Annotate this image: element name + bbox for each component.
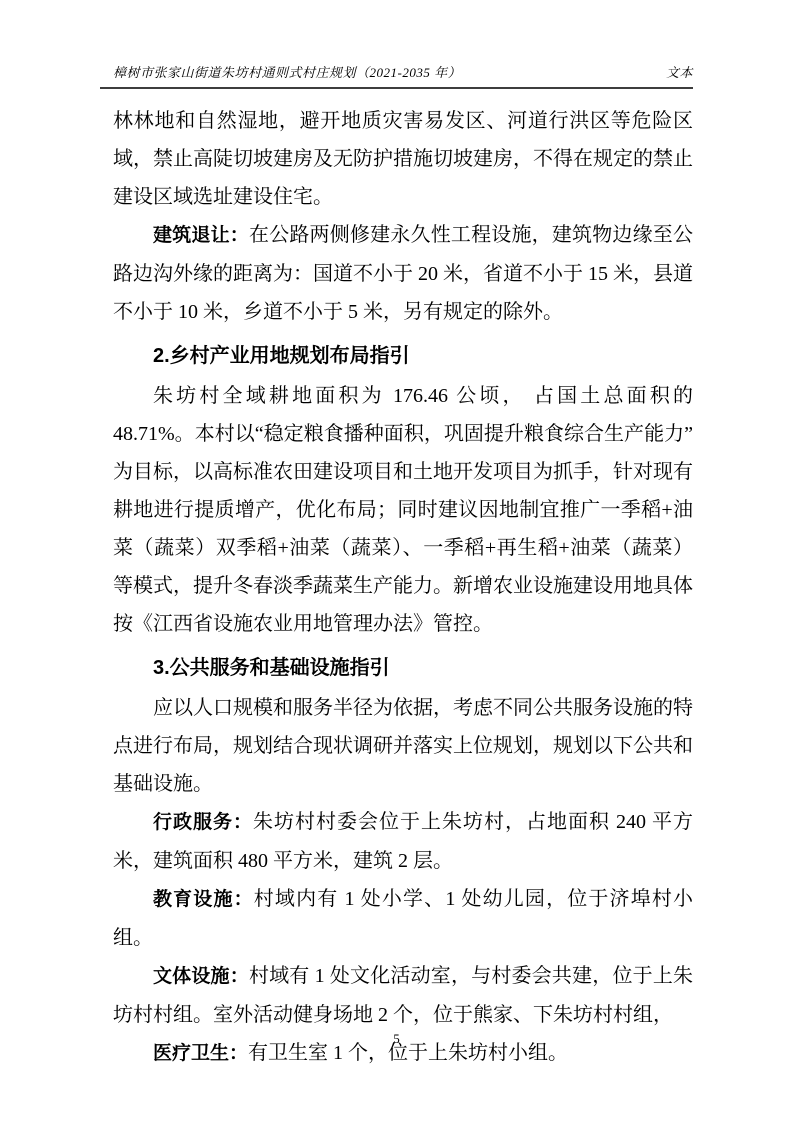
header-title: 樟树市张家山街道朱坊村通则式村庄规划（2021-2035 年） bbox=[113, 62, 461, 81]
paragraph: 朱坊村全域耕地面积为 176.46 公顷， 占国土总面积的 48.71%。本村以… bbox=[113, 377, 693, 643]
section-heading: 2.乡村产业用地规划布局指引 bbox=[113, 337, 693, 375]
paragraph-label: 文体设施： bbox=[153, 966, 249, 987]
paragraph-text: 朱坊村全域耕地面积为 176.46 公顷， 占国土总面积的 48.71%。本村以… bbox=[113, 385, 693, 635]
paragraph: 文体设施：村域有 1 处文化活动室，与村委会共建，位于上朱坊村村组。室外活动健身… bbox=[113, 957, 693, 1034]
paragraph: 行政服务：朱坊村村委会位于上朱坊村，占地面积 240 平方米，建筑面积 480 … bbox=[113, 803, 693, 880]
document-page: 樟树市张家山街道朱坊村通则式村庄规划（2021-2035 年） 文本 林林地和自… bbox=[0, 0, 793, 1122]
section-heading: 3.公共服务和基础设施指引 bbox=[113, 649, 693, 687]
paragraph-label: 教育设施： bbox=[153, 889, 254, 910]
page-number: 5 bbox=[393, 1031, 400, 1046]
paragraph: 应以人口规模和服务半径为依据，考虑不同公共服务设施的特点进行布局，规划结合现状调… bbox=[113, 689, 693, 803]
paragraph: 林林地和自然湿地，避开地质灾害易发区、河道行洪区等危险区域，禁止高陡切坡建房及无… bbox=[113, 102, 693, 216]
paragraph: 建筑退让：在公路两侧修建永久性工程设施，建筑物边缘至公路边沟外缘的距离为：国道不… bbox=[113, 216, 693, 331]
page-footer: 5 bbox=[0, 1031, 793, 1047]
paragraph-label: 行政服务： bbox=[153, 812, 253, 833]
paragraph: 教育设施：村域内有 1 处小学、1 处幼儿园，位于济埠村小组。 bbox=[113, 880, 693, 957]
paragraph-text: 林林地和自然湿地，避开地质灾害易发区、河道行洪区等危险区域，禁止高陡切坡建房及无… bbox=[113, 110, 693, 208]
paragraph-text: 应以人口规模和服务半径为依据，考虑不同公共服务设施的特点进行布局，规划结合现状调… bbox=[113, 697, 693, 795]
page-header: 樟树市张家山街道朱坊村通则式村庄规划（2021-2035 年） 文本 bbox=[100, 62, 693, 89]
paragraph-label: 建筑退让： bbox=[153, 225, 249, 246]
header-doc-type: 文本 bbox=[666, 62, 693, 81]
document-body: 林林地和自然湿地，避开地质灾害易发区、河道行洪区等危险区域，禁止高陡切坡建房及无… bbox=[113, 102, 693, 1073]
